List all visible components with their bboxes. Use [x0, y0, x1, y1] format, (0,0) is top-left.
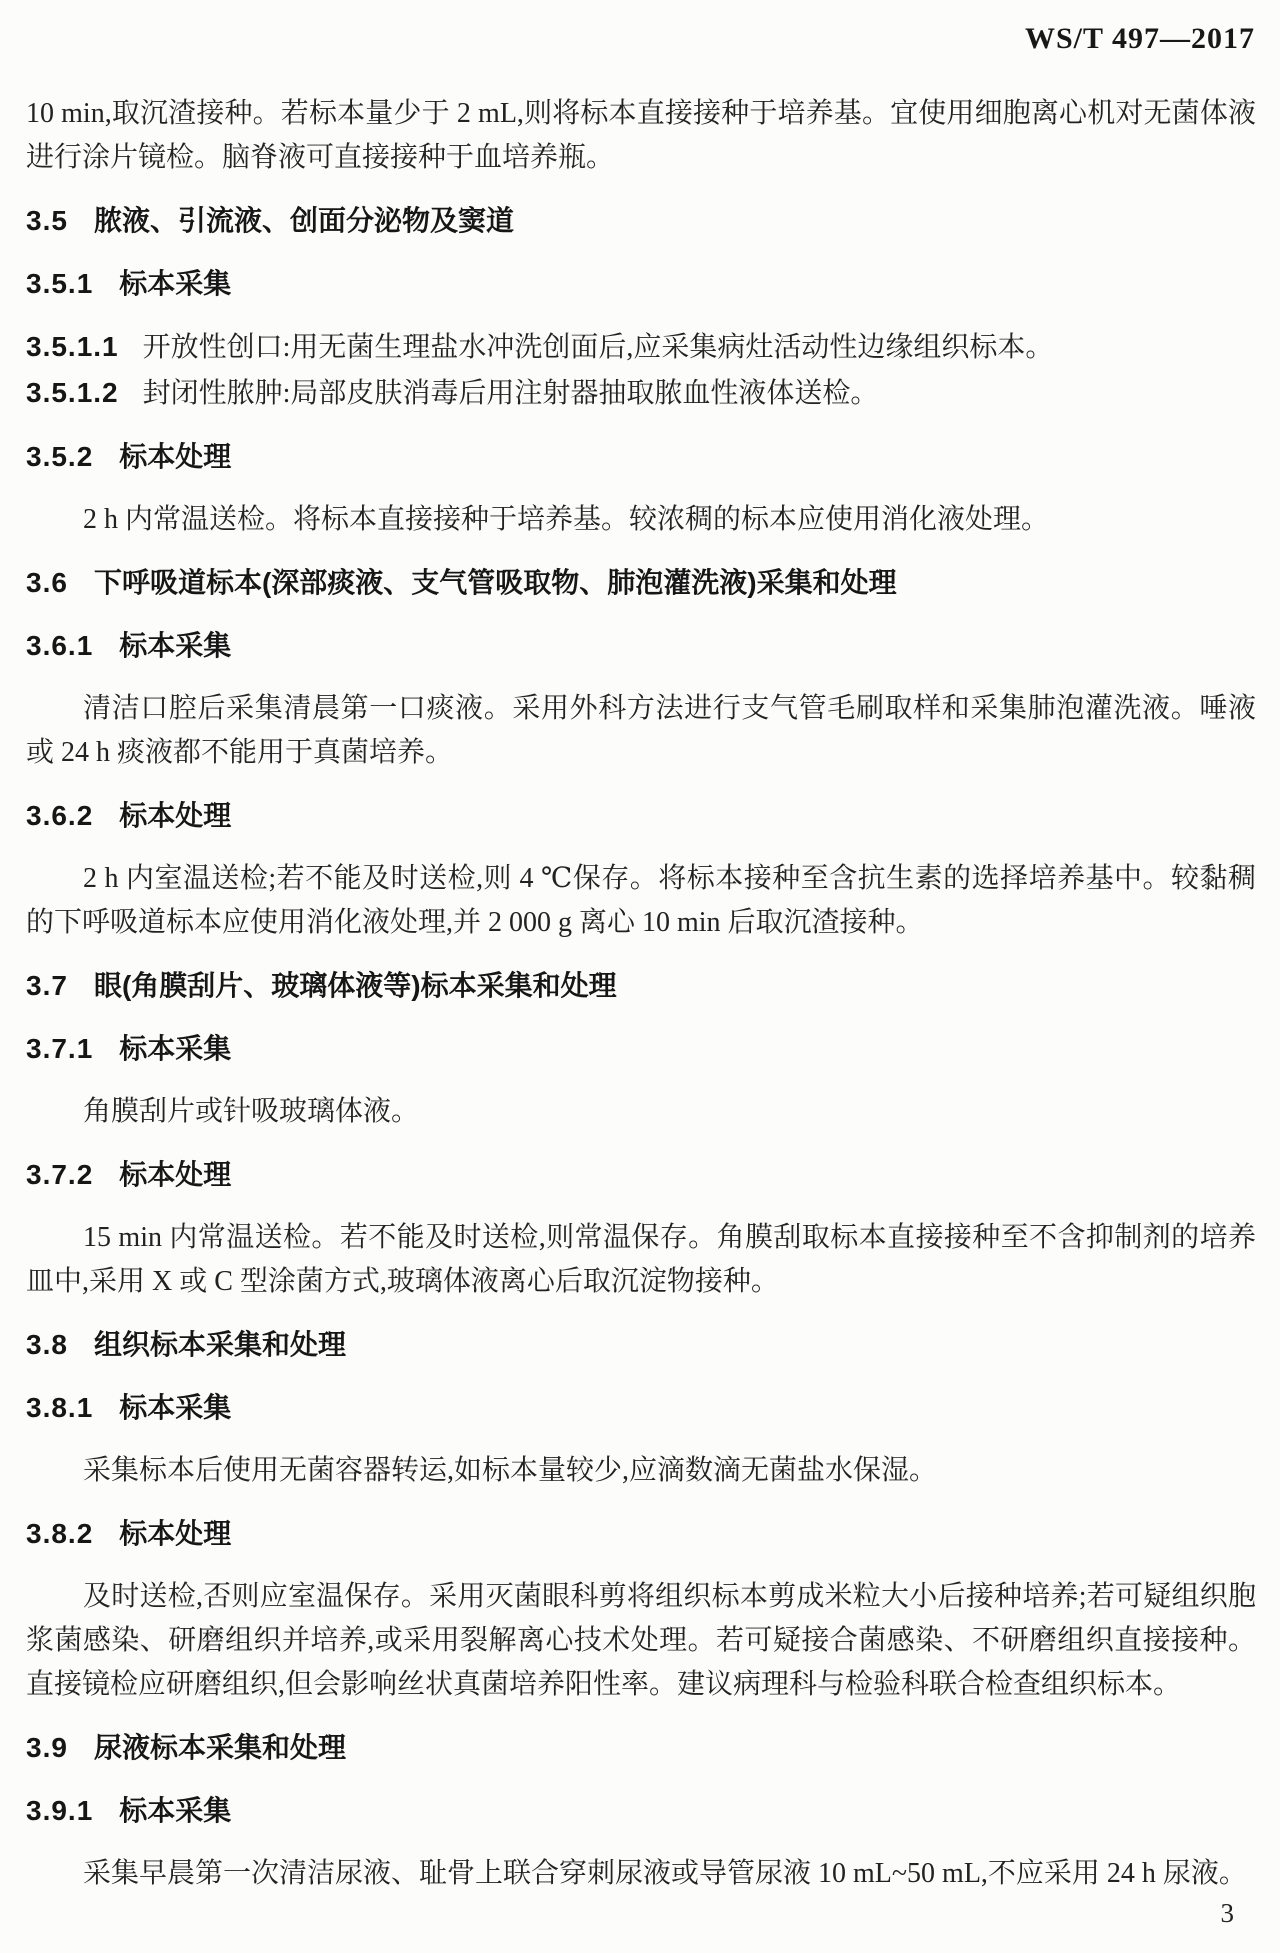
section-heading: 3.9.1标本采集 — [26, 1789, 1256, 1833]
section-number: 3.8.1 — [26, 1386, 93, 1430]
section-number: 3.9 — [26, 1726, 68, 1770]
body-paragraph: 2 h 内常温送检。将标本直接接种于培养基。较浓稠的标本应使用消化液处理。 — [26, 498, 1256, 542]
body-paragraph: 2 h 内室温送检;若不能及时送检,则 4 ℃保存。将标本接种至含抗生素的选择培… — [26, 857, 1256, 945]
section-heading: 3.5.1标本采集 — [26, 262, 1256, 306]
section-number: 3.5.2 — [26, 435, 93, 479]
clause-text: 开放性创口:用无菌生理盐水冲洗创面后,应采集病灶活动性边缘组织标本。 — [143, 332, 1054, 363]
section-title: 组织标本采集和处理 — [94, 1329, 346, 1360]
body-paragraph: 采集早晨第一次清洁尿液、耻骨上联合穿刺尿液或导管尿液 10 mL~50 mL,不… — [26, 1852, 1256, 1896]
section-title: 脓液、引流液、创面分泌物及窦道 — [94, 205, 514, 236]
section-number: 3.7.2 — [26, 1153, 93, 1197]
section-title: 标本采集 — [119, 1392, 231, 1423]
section-title: 眼(角膜刮片、玻璃体液等)标本采集和处理 — [94, 970, 617, 1001]
section-number: 3.6 — [26, 561, 68, 605]
body-paragraph: 采集标本后使用无菌容器转运,如标本量较少,应滴数滴无菌盐水保湿。 — [26, 1449, 1256, 1493]
section-number: 3.9.1 — [26, 1789, 93, 1833]
section-heading: 3.7眼(角膜刮片、玻璃体液等)标本采集和处理 — [26, 964, 1256, 1008]
section-heading: 3.9尿液标本采集和处理 — [26, 1726, 1256, 1770]
section-heading: 3.5.2标本处理 — [26, 435, 1256, 479]
page-number: 3 — [1221, 1898, 1235, 1929]
section-number: 3.7.1 — [26, 1027, 93, 1071]
section-title: 标本处理 — [119, 800, 231, 831]
section-heading: 3.6.2标本处理 — [26, 794, 1256, 838]
section-title: 下呼吸道标本(深部痰液、支气管吸取物、肺泡灌洗液)采集和处理 — [94, 567, 897, 598]
section-number: 3.8.2 — [26, 1512, 93, 1556]
clause-number: 3.5.1.1 — [26, 325, 119, 369]
section-heading: 3.8组织标本采集和处理 — [26, 1323, 1256, 1367]
document-content: 10 min,取沉渣接种。若标本量少于 2 mL,则将标本直接接种于培养基。宜使… — [26, 92, 1256, 1915]
clause-paragraph: 3.5.1.2封闭性脓肿:局部皮肤消毒后用注射器抽取脓血性液体送检。 — [26, 371, 1256, 416]
body-paragraph: 及时送检,否则应室温保存。采用灭菌眼科剪将组织标本剪成米粒大小后接种培养;若可疑… — [26, 1575, 1256, 1707]
section-heading: 3.6下呼吸道标本(深部痰液、支气管吸取物、肺泡灌洗液)采集和处理 — [26, 561, 1256, 605]
section-heading: 3.7.1标本采集 — [26, 1027, 1256, 1071]
body-paragraph: 角膜刮片或针吸玻璃体液。 — [26, 1090, 1256, 1134]
section-heading: 3.5脓液、引流液、创面分泌物及窦道 — [26, 199, 1256, 243]
section-number: 3.7 — [26, 964, 68, 1008]
clause-text: 封闭性脓肿:局部皮肤消毒后用注射器抽取脓血性液体送检。 — [143, 378, 879, 409]
section-title: 标本处理 — [119, 1159, 231, 1190]
clause-number: 3.5.1.2 — [26, 371, 119, 415]
standard-code-header: WS/T 497—2017 — [1025, 22, 1255, 56]
section-heading: 3.7.2标本处理 — [26, 1153, 1256, 1197]
section-heading: 3.6.1标本采集 — [26, 624, 1256, 668]
section-title: 标本采集 — [119, 630, 231, 661]
clause-paragraph: 3.5.1.1开放性创口:用无菌生理盐水冲洗创面后,应采集病灶活动性边缘组织标本… — [26, 325, 1256, 370]
section-title: 标本处理 — [119, 441, 231, 472]
section-title: 尿液标本采集和处理 — [94, 1732, 346, 1763]
section-title: 标本采集 — [119, 1033, 231, 1064]
section-title: 标本采集 — [119, 268, 231, 299]
section-number: 3.6.1 — [26, 624, 93, 668]
section-number: 3.5.1 — [26, 262, 93, 306]
section-heading: 3.8.2标本处理 — [26, 1512, 1256, 1556]
section-number: 3.5 — [26, 199, 68, 243]
document-page: WS/T 497—2017 10 min,取沉渣接种。若标本量少于 2 mL,则… — [0, 0, 1280, 1953]
section-number: 3.8 — [26, 1323, 68, 1367]
section-number: 3.6.2 — [26, 794, 93, 838]
section-heading: 3.8.1标本采集 — [26, 1386, 1256, 1430]
body-paragraph: 15 min 内常温送检。若不能及时送检,则常温保存。角膜刮取标本直接接种至不含… — [26, 1216, 1256, 1304]
body-paragraph: 10 min,取沉渣接种。若标本量少于 2 mL,则将标本直接接种于培养基。宜使… — [26, 92, 1256, 180]
body-paragraph: 清洁口腔后采集清晨第一口痰液。采用外科方法进行支气管毛刷取样和采集肺泡灌洗液。唾… — [26, 687, 1256, 775]
section-title: 标本采集 — [119, 1795, 231, 1826]
section-title: 标本处理 — [119, 1518, 231, 1549]
